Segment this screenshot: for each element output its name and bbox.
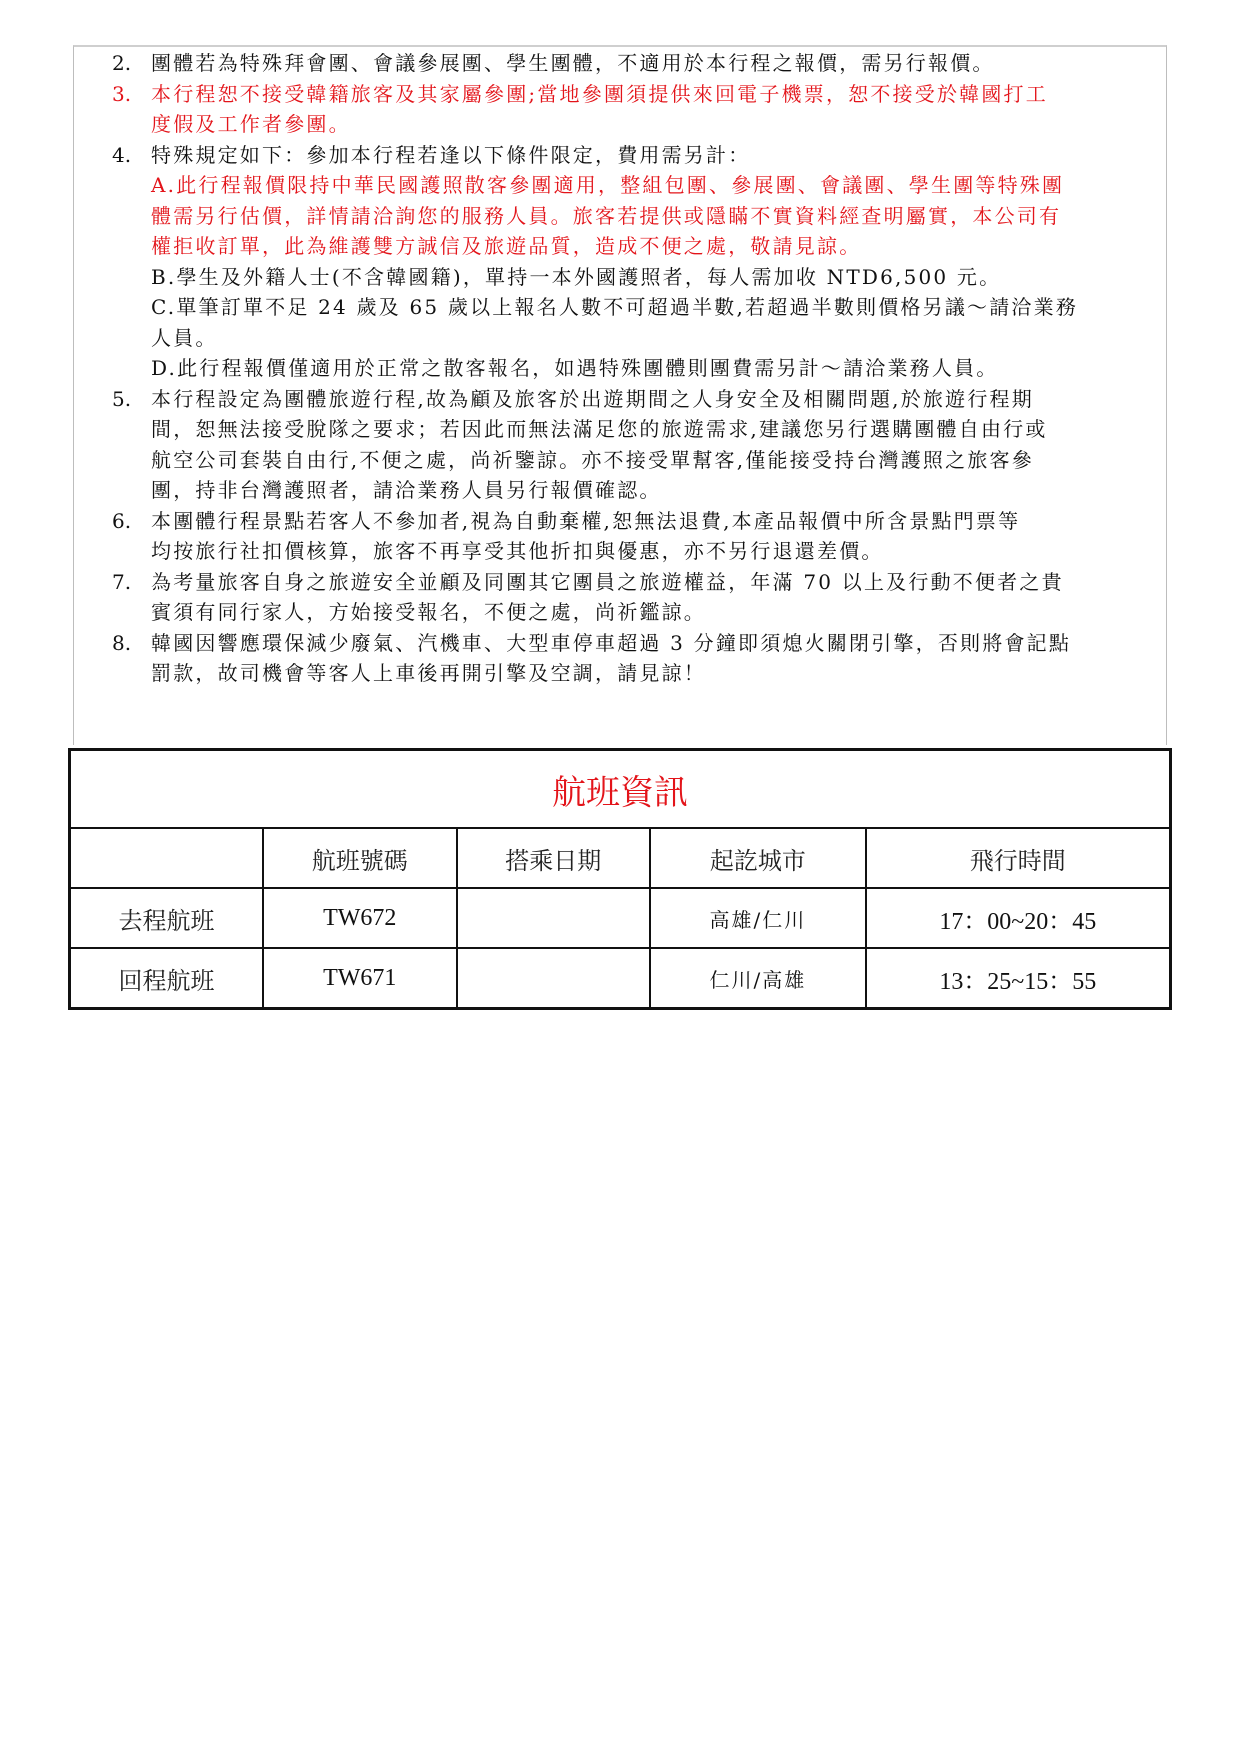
note-number: 5. <box>112 384 131 415</box>
note-line: A.此行程報價限持中華民國護照散客參團適用，整組包團、參展團、會議團、學生團等特… <box>151 170 1163 201</box>
row-label: 回程航班 <box>70 948 264 1009</box>
note-line: 本行程恕不接受韓籍旅客及其家屬參團;當地參團須提供來回電子機票，恕不接受於韓國打… <box>151 79 1163 110</box>
note-line: 度假及工作者參團。 <box>151 109 1163 140</box>
note-line: 特殊規定如下：參加本行程若逢以下條件限定，費用需另計： <box>151 140 1163 171</box>
note-line: C.單筆訂單不足 24 歲及 65 歲以上報名人數不可超過半數,若超過半數則價格… <box>151 292 1163 323</box>
note-line: 權拒收訂單，此為維護雙方誠信及旅遊品質，造成不便之處，敬請見諒。 <box>151 231 1163 262</box>
note-sub-c: C.單筆訂單不足 24 歲及 65 歲以上報名人數不可超過半數,若超過半數則價格… <box>108 292 1163 353</box>
header-flight-number: 航班號碼 <box>263 828 457 888</box>
table-row: 去程航班 TW672 高雄/仁川 17：00~20：45 <box>70 888 1171 948</box>
note-number: 2. <box>112 48 131 79</box>
header-cell-empty <box>70 828 264 888</box>
note-line: 賓須有同行家人，方始接受報名，不便之處，尚祈鑑諒。 <box>151 597 1163 628</box>
header-date: 搭乘日期 <box>457 828 651 888</box>
note-number: 7. <box>112 567 131 598</box>
note-line: 團，持非台灣護照者，請洽業務人員另行報價確認。 <box>151 475 1163 506</box>
table-header-row: 航班號碼 搭乘日期 起訖城市 飛行時間 <box>70 828 1171 888</box>
flight-date <box>457 948 651 1009</box>
note-line: 本行程設定為團體旅遊行程,故為顧及旅客於出遊期間之人身安全及相關問題,於旅遊行程… <box>151 384 1163 415</box>
note-line: 罰款，故司機會等客人上車後再開引擎及空調，請見諒！ <box>151 658 1163 689</box>
note-sub-a: A.此行程報價限持中華民國護照散客參團適用，整組包團、參展團、會議團、學生團等特… <box>108 170 1163 262</box>
note-number: 8. <box>112 628 131 659</box>
note-line: 團體若為特殊拜會團、會議參展團、學生團體，不適用於本行程之報價，需另行報價。 <box>151 48 1163 79</box>
flight-route: 仁川/高雄 <box>650 948 866 1009</box>
note-line: D.此行程報價僅適用於正常之散客報名，如遇特殊團體則團費需另計～請洽業務人員。 <box>151 353 1163 384</box>
note-item-5: 5. 本行程設定為團體旅遊行程,故為顧及旅客於出遊期間之人身安全及相關問題,於旅… <box>108 384 1163 506</box>
note-item-3: 3. 本行程恕不接受韓籍旅客及其家屬參團;當地參團須提供來回電子機票，恕不接受於… <box>108 79 1163 140</box>
flight-time: 17：00~20：45 <box>866 888 1171 948</box>
header-flight-time: 飛行時間 <box>866 828 1171 888</box>
flight-time: 13：25~15：55 <box>866 948 1171 1009</box>
note-sub-d: D.此行程報價僅適用於正常之散客報名，如遇特殊團體則團費需另計～請洽業務人員。 <box>108 353 1163 384</box>
note-line: 體需另行估價，詳情請洽詢您的服務人員。旅客若提供或隱瞞不實資料經查明屬實，本公司… <box>151 201 1163 232</box>
note-item-8: 8. 韓國因響應環保減少廢氣、汽機車、大型車停車超過 3 分鐘即須熄火關閉引擎，… <box>108 628 1163 689</box>
note-line: B.學生及外籍人士(不含韓國籍)，單持一本外國護照者，每人需加收 NTD6,50… <box>151 262 1163 293</box>
flight-info-table: 航班資訊 航班號碼 搭乘日期 起訖城市 飛行時間 去程航班 TW672 高雄/仁… <box>68 748 1172 1010</box>
note-item-7: 7. 為考量旅客自身之旅遊安全並顧及同團其它團員之旅遊權益，年滿 70 以上及行… <box>108 567 1163 628</box>
flight-route: 高雄/仁川 <box>650 888 866 948</box>
note-line: 航空公司套裝自由行,不便之處，尚祈鑒諒。亦不接受單幫客,僅能接受持台灣護照之旅客… <box>151 445 1163 476</box>
note-line: 本團體行程景點若客人不參加者,視為自動棄權,恕無法退費,本產品報價中所含景點門票… <box>151 506 1163 537</box>
row-label: 去程航班 <box>70 888 264 948</box>
note-number: 3. <box>112 79 131 110</box>
note-line: 為考量旅客自身之旅遊安全並顧及同團其它團員之旅遊權益，年滿 70 以上及行動不便… <box>151 567 1163 598</box>
flight-number: TW671 <box>263 948 457 1009</box>
note-item-2: 2. 團體若為特殊拜會團、會議參展團、學生團體，不適用於本行程之報價，需另行報價… <box>108 48 1163 79</box>
note-line: 人員。 <box>151 323 1163 354</box>
note-line: 韓國因響應環保減少廢氣、汽機車、大型車停車超過 3 分鐘即須熄火關閉引擎，否則將… <box>151 628 1163 659</box>
note-number: 6. <box>112 506 131 537</box>
flight-date <box>457 888 651 948</box>
table-row: 回程航班 TW671 仁川/高雄 13：25~15：55 <box>70 948 1171 1009</box>
header-route: 起訖城市 <box>650 828 866 888</box>
flight-number: TW672 <box>263 888 457 948</box>
note-line: 均按旅行社扣價核算，旅客不再享受其他折扣與優惠，亦不另行退還差價。 <box>151 536 1163 567</box>
note-item-4: 4. 特殊規定如下：參加本行程若逢以下條件限定，費用需另計： <box>108 140 1163 171</box>
flight-info-title: 航班資訊 <box>70 750 1171 829</box>
note-sub-b: B.學生及外籍人士(不含韓國籍)，單持一本外國護照者，每人需加收 NTD6,50… <box>108 262 1163 293</box>
note-line: 間，恕無法接受脫隊之要求；若因此而無法滿足您的旅遊需求,建議您另行選購團體自由行… <box>151 414 1163 445</box>
notes-list: 2. 團體若為特殊拜會團、會議參展團、學生團體，不適用於本行程之報價，需另行報價… <box>108 48 1163 689</box>
note-number: 4. <box>112 140 131 171</box>
note-item-6: 6. 本團體行程景點若客人不參加者,視為自動棄權,恕無法退費,本產品報價中所含景… <box>108 506 1163 567</box>
